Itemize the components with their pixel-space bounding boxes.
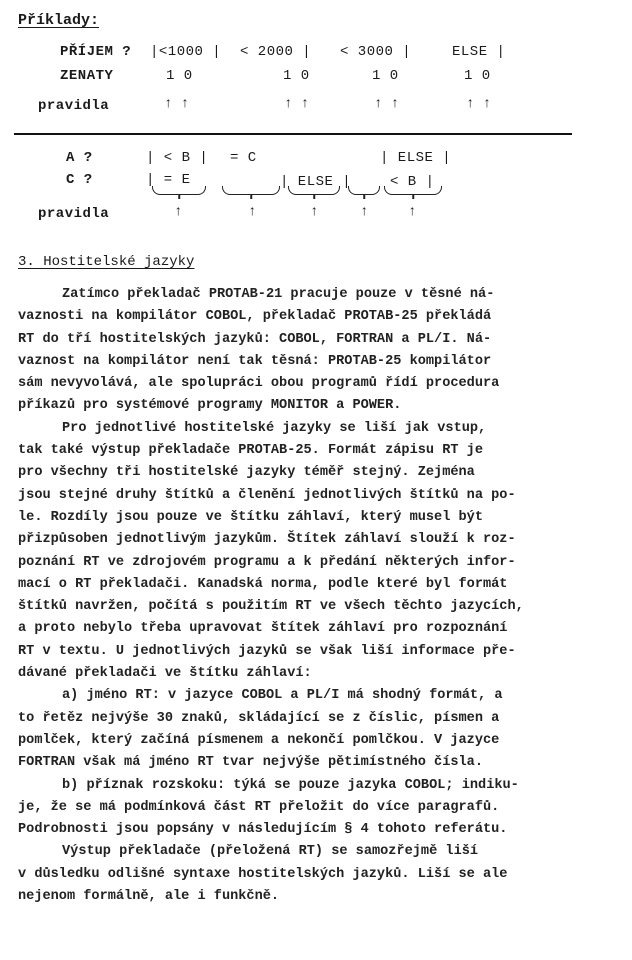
text-line: to řetěz nejvýše 30 znaků, skládající se…: [18, 708, 628, 730]
examples-heading: Příklady:: [18, 12, 99, 29]
text-line: pomlček, který začíná písmenem a nekončí…: [18, 730, 628, 752]
table1-cell: < 3000 |: [340, 44, 411, 60]
text-line: vaznosti na kompilátor COBOL, překladač …: [18, 306, 628, 328]
text-line: sám nevyvolává, ale spolupráci obou prog…: [18, 373, 628, 395]
section-title: 3. Hostitelské jazyky: [18, 254, 194, 270]
text-line: b) příznak rozskoku: týká se pouze jazyk…: [18, 775, 628, 797]
rule-arrow-icon: ↑ ↑: [466, 96, 491, 112]
table2-row1-label: A ?: [66, 150, 93, 166]
text-line: dávané překladači ve štítku záhlaví:: [18, 663, 628, 685]
table1-cell: ELSE |: [452, 44, 505, 60]
text-line: nejenom formálně, ale i funkčně.: [18, 886, 628, 908]
text-line: FORTRAN však má jméno RT tvar nejvýše pě…: [18, 752, 628, 774]
table2-row2-label: C ?: [66, 172, 93, 188]
text-line: le. Rozdíly jsou pouze ve štítku záhlaví…: [18, 507, 628, 529]
table2-cell: | ELSE |: [380, 150, 451, 166]
table1-cell: 1 0: [464, 68, 491, 84]
table1-row3-label: pravidla: [38, 98, 109, 114]
rule-arrow-icon: ↑: [248, 204, 256, 220]
text-line: RT v textu. U jednotlivých jazyků se vša…: [18, 641, 628, 663]
text-line: Zatímco překladač PROTAB-21 pracuje pouz…: [18, 284, 628, 306]
text-line: Pro jednotlivé hostitelské jazyky se liš…: [18, 418, 628, 440]
section-body: Zatímco překladač PROTAB-21 pracuje pouz…: [18, 284, 628, 908]
table1-row1-label: PŘÍJEM ?: [60, 44, 131, 60]
table1-cell: 1 0: [372, 68, 399, 84]
brace-shape: [152, 186, 206, 195]
text-line: je, že se má podmínková část RT přeložit…: [18, 797, 628, 819]
text-line: jsou stejné druhy štítků a členění jedno…: [18, 485, 628, 507]
table1-cell: < 2000 |: [240, 44, 311, 60]
divider: [14, 133, 572, 135]
rule-arrow-icon: ↑ ↑: [284, 96, 309, 112]
table1-cell: 1 0: [283, 68, 310, 84]
text-line: poznání RT ve zdrojovém programu a k pře…: [18, 552, 628, 574]
rule-arrow-icon: ↑ ↑: [374, 96, 399, 112]
text-line: pro všechny tři hostitelské jazyky téměř…: [18, 462, 628, 484]
text-line: a proto nebylo třeba upravovat štítek zá…: [18, 618, 628, 640]
text-line: mací o RT překladači. Kanadská norma, po…: [18, 574, 628, 596]
rule-arrow-icon: ↑ ↑: [164, 96, 189, 112]
text-line: RT do tří hostitelských jazyků: COBOL, F…: [18, 329, 628, 351]
rule-arrow-icon: ↑: [360, 204, 368, 220]
table1-row2-label: ZENATY: [60, 68, 113, 84]
brace-shape: [348, 186, 380, 195]
text-line: přizpůsoben jednotlivým jazykům. Štítek …: [18, 529, 628, 551]
text-line: tak také výstup překladače PROTAB-25. Fo…: [18, 440, 628, 462]
text-line: vaznost na kompilátor není tak těsná: PR…: [18, 351, 628, 373]
text-line: Výstup překladače (přeložená RT) se samo…: [18, 841, 628, 863]
table1-cell: |<1000 |: [150, 44, 221, 60]
table2-cell: | < B |: [146, 150, 208, 166]
rule-arrow-icon: ↑: [310, 204, 318, 220]
brace-shape: [288, 186, 340, 195]
text-line: příkazů pro systémové programy MONITOR a…: [18, 395, 628, 417]
rule-arrow-icon: ↑: [174, 204, 182, 220]
table1-cell: 1 0: [166, 68, 193, 84]
text-line: a) jméno RT: v jazyce COBOL a PL/I má sh…: [18, 685, 628, 707]
rule-arrow-icon: ↑: [408, 204, 416, 220]
text-line: štítků navržen, počítá s použitím RT ve …: [18, 596, 628, 618]
brace-shape: [222, 186, 280, 195]
text-line: Podrobnosti jsou popsány v následujícím …: [18, 819, 628, 841]
brace-shape: [384, 186, 442, 195]
table2-row3-label: pravidla: [38, 206, 109, 222]
table2-cell: = C: [230, 150, 257, 166]
text-line: v důsledku odlišné syntaxe hostitelských…: [18, 864, 628, 886]
